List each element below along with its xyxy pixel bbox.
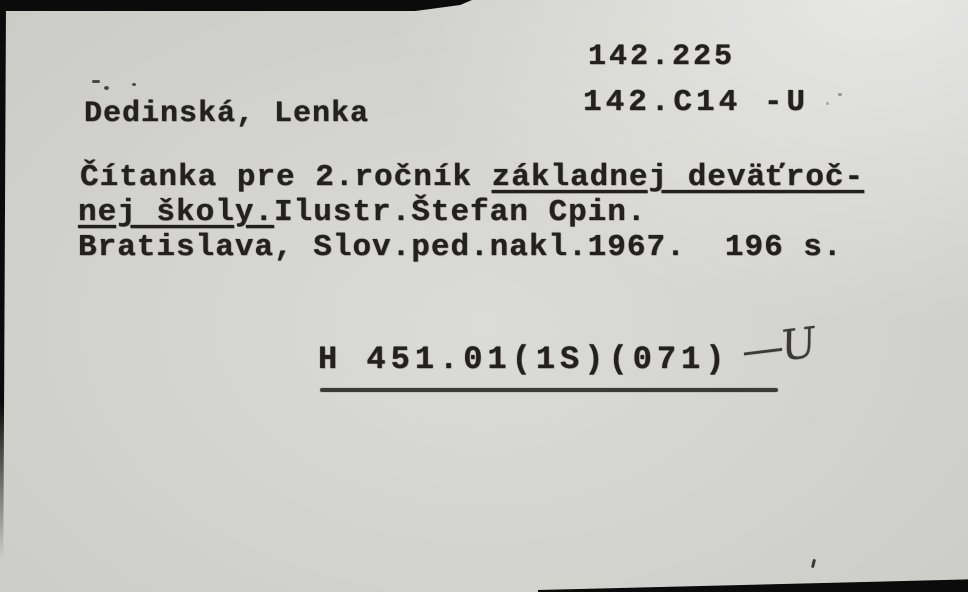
author-heading: Dedinská, Lenka	[84, 99, 369, 129]
classification-underline	[320, 388, 778, 392]
ink-speck	[92, 80, 100, 83]
scan-edge-left	[0, 0, 6, 560]
title-line-1: Čítanka pre 2.ročník základnej deväťroč-	[80, 162, 864, 193]
handwritten-u-annotation: —U	[742, 317, 814, 375]
classification-number: H 451.01(1S)(071)	[318, 344, 729, 376]
ink-speck	[811, 559, 816, 568]
shelf-number: 142.225	[588, 42, 735, 72]
ink-speck	[838, 93, 842, 96]
title-line1-underlined: základnej deväťroč-	[492, 160, 864, 195]
ink-speck	[826, 102, 829, 105]
title-line2-underlined: nej školy.	[78, 195, 274, 230]
title-line1-plain: Čítanka pre 2.ročník	[80, 160, 492, 195]
imprint-line: Bratislava, Slov.ped.nakl.1967. 196 s.	[78, 232, 843, 263]
title-line2-plain: Ilustr.Štefan Cpin.	[274, 195, 646, 230]
call-number: 142.C14 -U	[583, 87, 809, 118]
scan-edge-top	[0, 0, 472, 11]
ink-speck	[104, 86, 109, 90]
ink-speck	[132, 83, 136, 86]
scan-edge-bottom	[538, 578, 968, 592]
title-line-2: nej školy.Ilustr.Štefan Cpin.	[78, 197, 647, 228]
scanned-catalog-card: 142.225 142.C14 -U Dedinská, Lenka Čítan…	[0, 0, 968, 592]
